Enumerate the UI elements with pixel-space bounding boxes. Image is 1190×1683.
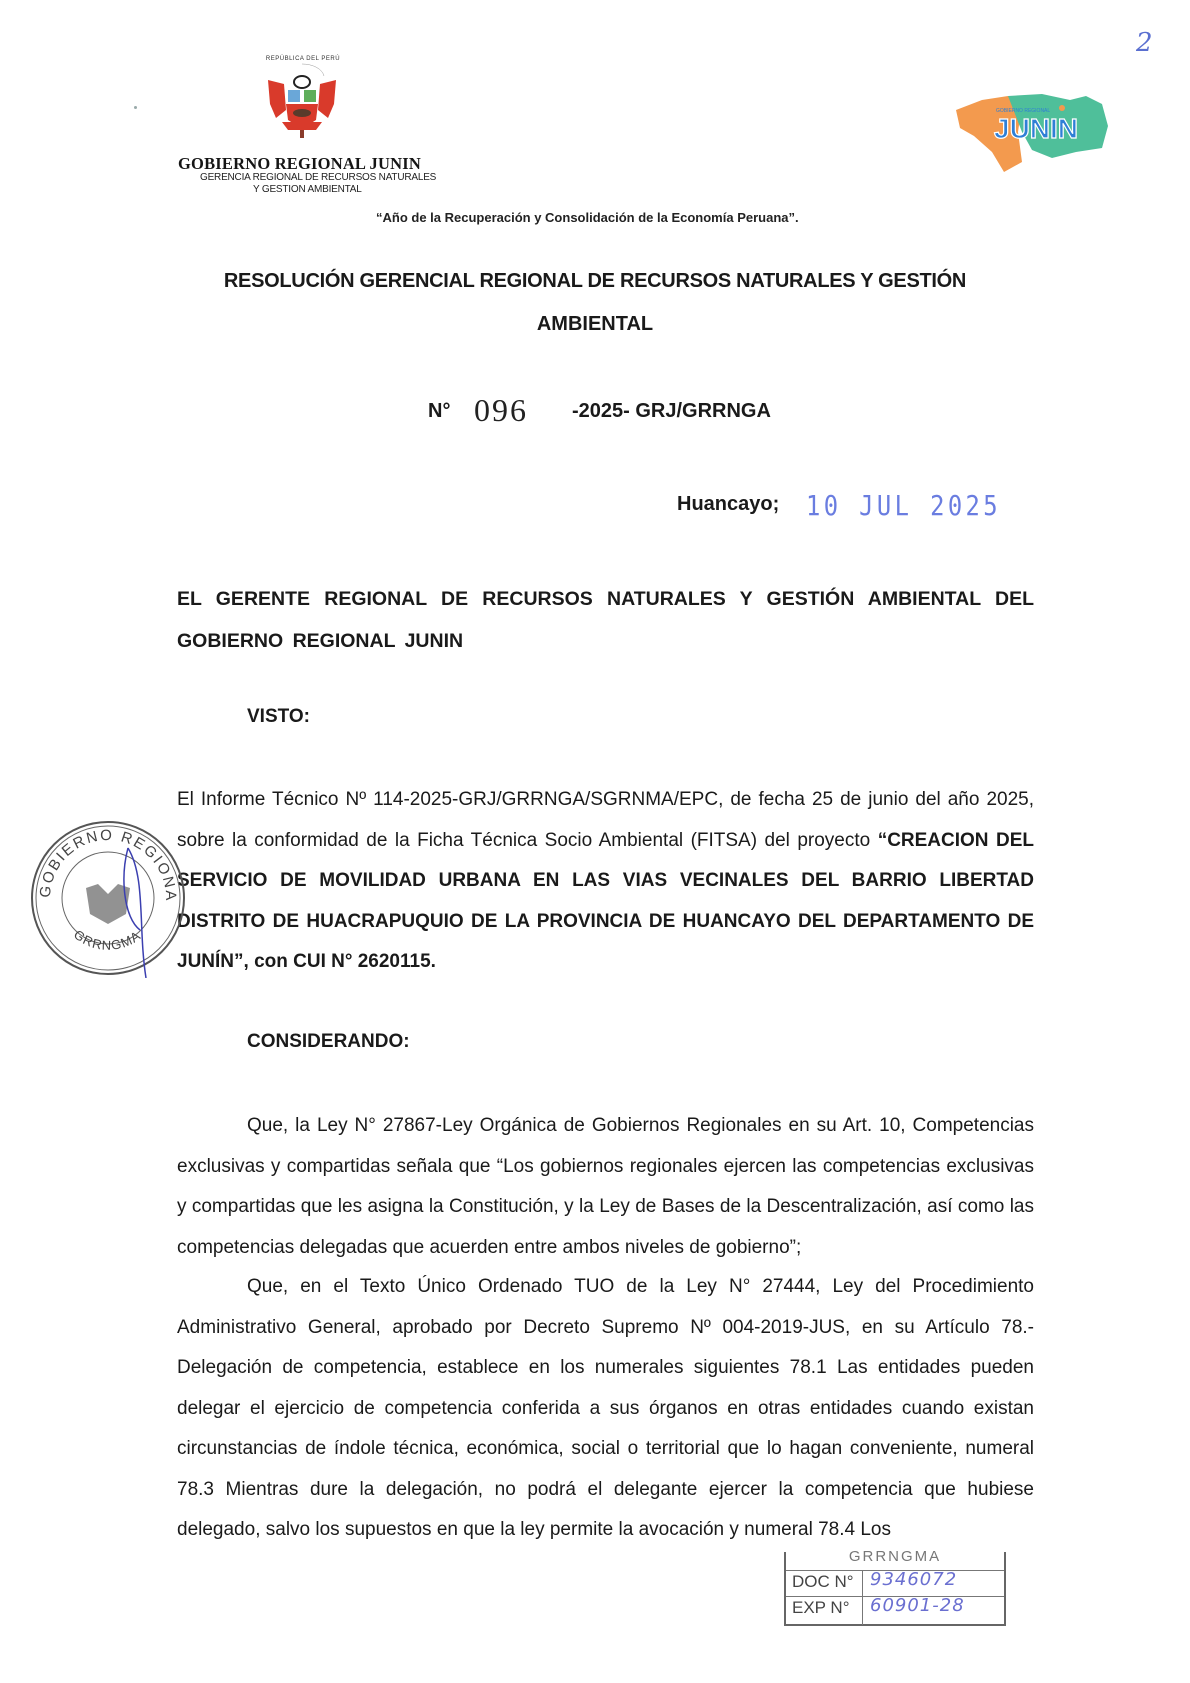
visto-paragraph: El Informe Técnico Nº 114-2025-GRJ/GRRNG… [177,780,1034,983]
visto-heading: VISTO: [247,706,310,728]
scan-speck [134,106,137,109]
svg-text:GOBIERNO REGIONAL: GOBIERNO REGIONAL [996,108,1050,114]
department-line-1: GERENCIA REGIONAL DE RECURSOS NATURALES [200,172,436,183]
resolution-number-label: N° [428,400,450,423]
date-stamp: 10 JUL 2025 [806,489,1001,522]
considerando-text-1: Que, la Ley N° 27867-Ley Orgánica de Gob… [177,1115,1034,1258]
considerando-heading: CONSIDERANDO: [247,1031,410,1053]
doc-number-label: DOC N° [792,1572,854,1592]
junin-region-logo-icon: JUNIN GOBIERNO REGIONAL [952,92,1112,174]
department-line-2: Y GESTION AMBIENTAL [253,184,362,195]
doc-number-value: 9346072 [870,1569,957,1590]
stamp-divider [862,1571,863,1599]
doc-number-row: DOC N° 9346072 [786,1570,1004,1595]
svg-text:GRRNGMA: GRRNGMA [71,927,144,953]
peru-coat-of-arms-icon [262,58,342,140]
considerando-paragraph-1: Que, la Ley N° 27867-Ley Orgánica de Gob… [177,1106,1034,1268]
year-motto: “Año de la Recuperación y Consolidación … [376,210,799,225]
registry-office: GRRNGMA [786,1548,1004,1565]
organization-name: GOBIERNO REGIONAL JUNIN [178,154,421,174]
official-round-seal-icon: GOBIERNO REGIONAL JUNÍN GRRNGMA [28,818,188,978]
svg-text:JUNIN: JUNIN [994,113,1078,144]
issuing-authority: EL GERENTE REGIONAL DE RECURSOS NATURALE… [177,578,1034,662]
stamp-divider [862,1597,863,1625]
resolution-number-suffix: -2025- GRJ/GRRNGA [572,400,771,423]
handwritten-page-number: 2 [1136,28,1153,58]
coat-of-arms-caption: REPÚBLICA DEL PERÚ [258,56,348,62]
seal-bottom-text: GRRNGMA [71,927,144,953]
considerando-paragraph-2: Que, en el Texto Único Ordenado TUO de l… [177,1267,1034,1551]
registry-stamp: GRRNGMA DOC N° 9346072 EXP N° 60901-28 [784,1552,1006,1626]
exp-number-value: 60901-28 [870,1595,965,1616]
document-title-line-2: AMBIENTAL [0,313,1190,336]
exp-number-row: EXP N° 60901-28 [786,1596,1004,1621]
exp-number-label: EXP N° [792,1598,850,1618]
document-title-line-1: RESOLUCIÓN GERENCIAL REGIONAL DE RECURSO… [0,270,1190,293]
place: Huancayo; [677,493,779,516]
resolution-number: 096 [474,392,528,429]
considerando-text-2: Que, en el Texto Único Ordenado TUO de l… [177,1276,1034,1540]
